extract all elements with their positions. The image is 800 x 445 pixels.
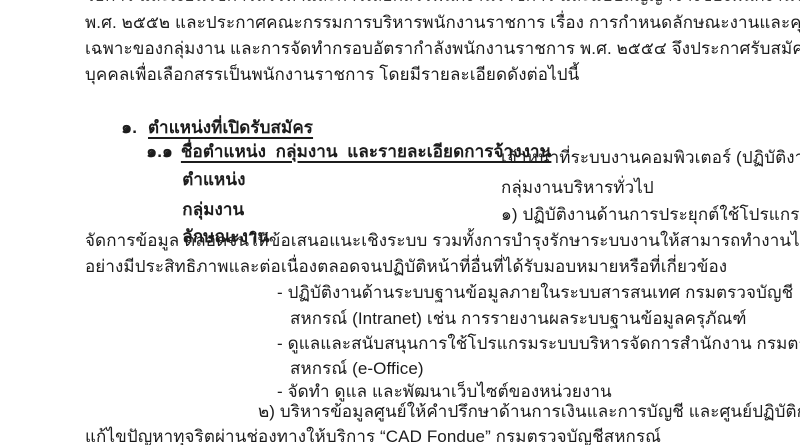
job-nature-row: ลักษณะงาน ๑) ปฏิบัติงานด้านการประยุกต์ใช… <box>163 204 800 226</box>
job-item-1-line-2: จัดการข้อมูล ตลอดจนให้ข้อเสนอแนะเชิงระบบ… <box>85 230 800 252</box>
job-bullet-3-line-1: - จัดทำ ดูแล และพัฒนาเว็บไซต์ของหน่วยงาน <box>277 381 612 403</box>
workgroup-row: กลุ่มงาน กลุ่มงานบริหารทั่วไป <box>163 177 800 199</box>
intro-clipped-line: วิธีการ และเงื่อนไขการสรรหาและการเลือกสร… <box>85 0 800 7</box>
intro-paragraph-line-3: บุคคลเพื่อเลือกสรรเป็นพนักงานราชการ โดยม… <box>85 64 579 86</box>
workgroup-value: กลุ่มงานบริหารทั่วไป <box>501 177 654 199</box>
document-page: วิธีการ และเงื่อนไขการสรรหาและการเลือกสร… <box>0 0 800 445</box>
job-bullet-2-line-1: - ดูแลและสนับสนุนการใช้โปรแกรมระบบบริหาร… <box>277 333 800 355</box>
job-bullet-1-line-2: สหกรณ์ (Intranet) เช่น การรายงานผลระบบฐา… <box>290 308 747 330</box>
job-bullet-2-line-2: สหกรณ์ (e-Office) <box>290 358 424 380</box>
intro-paragraph-line-1: พ.ศ. ๒๕๕๒ และประกาศคณะกรรมการบริหารพนักง… <box>85 12 800 34</box>
job-item-1-line-3: อย่างมีประสิทธิภาพและต่อเนื่องตลอดจนปฏิบ… <box>85 256 727 278</box>
job-item-2-line-2: แก้ไขปัญหาทุจริตผ่านช่องทางให้บริการ “CA… <box>85 426 661 445</box>
job-item-1-line-1: ๑) ปฏิบัติงานด้านการประยุกต์ใช้โปรแกรมสำ… <box>501 204 800 226</box>
intro-paragraph-line-2: เฉพาะของกลุ่มงาน และการจัดทำกรอบอัตรากำล… <box>85 38 800 60</box>
job-item-2-line-1: ๒) บริหารข้อมูลศูนย์ให้คำปรึกษาด้านการเง… <box>258 401 800 423</box>
job-bullet-1-line-1: - ปฏิบัติงานด้านระบบฐานข้อมูลภายในระบบสา… <box>277 282 793 304</box>
position-row: ตำแหน่ง เจ้าหน้าที่ระบบงานคอมพิวเตอร์ (ป… <box>163 147 800 169</box>
position-value: เจ้าหน้าที่ระบบงานคอมพิวเตอร์ (ปฏิบัติงา… <box>501 147 800 169</box>
